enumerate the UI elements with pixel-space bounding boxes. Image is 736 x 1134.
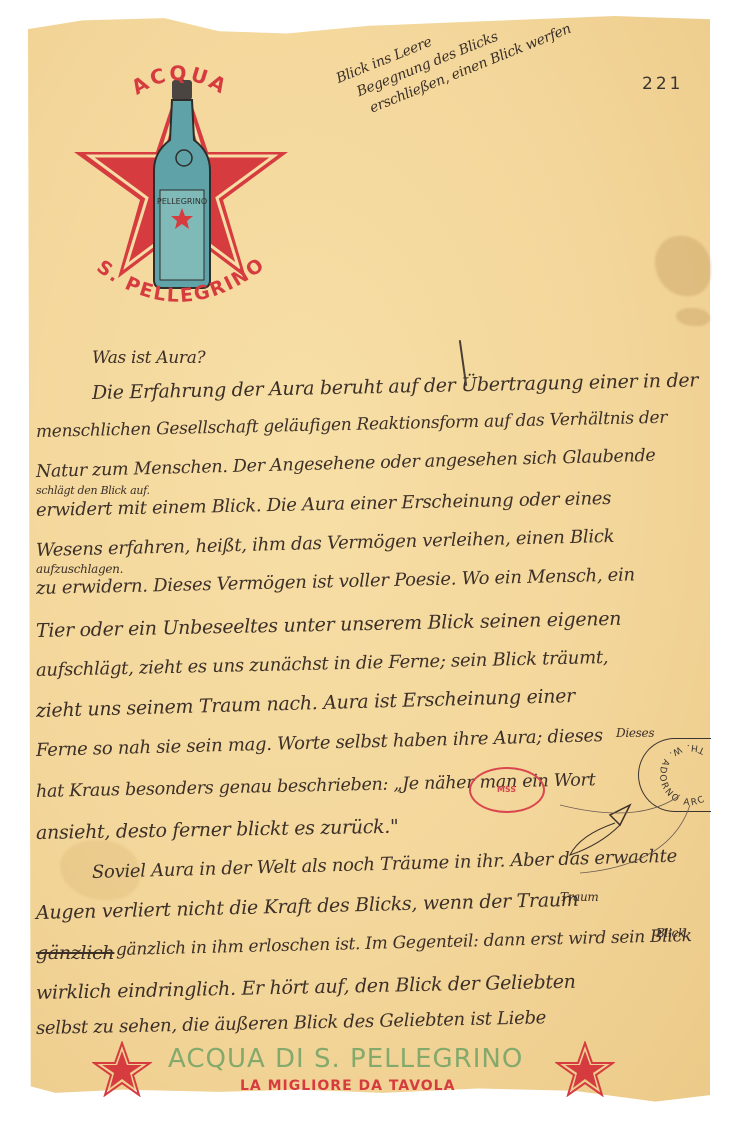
footer-brand: ACQUA DI S. PELLEGRINO xyxy=(168,1044,523,1074)
letterhead-logo: PELLEGRINO ACQUA S. PELLEGRINO xyxy=(60,40,300,310)
interlinear-note: Traum xyxy=(560,890,599,904)
star-bottle-emblem: PELLEGRINO ACQUA S. PELLEGRINO xyxy=(60,40,300,310)
letter-heading: Was ist Aura? xyxy=(92,348,205,368)
page-number: 221 xyxy=(642,74,683,94)
pen-doodle xyxy=(560,785,700,875)
footer-star-left xyxy=(92,1041,152,1097)
letter-insert: aufzuschlagen. xyxy=(36,562,123,576)
svg-text:PELLEGRINO: PELLEGRINO xyxy=(157,197,207,206)
letter-insert: schlägt den Blick auf. xyxy=(36,484,150,497)
library-stamp: MSS xyxy=(469,767,545,813)
interlinear-note: Blick xyxy=(656,926,685,940)
interlinear-note: Dieses xyxy=(616,726,654,740)
footer-tagline: LA MIGLIORE DA TAVOLA xyxy=(240,1078,455,1094)
footer-star-right xyxy=(555,1041,615,1097)
